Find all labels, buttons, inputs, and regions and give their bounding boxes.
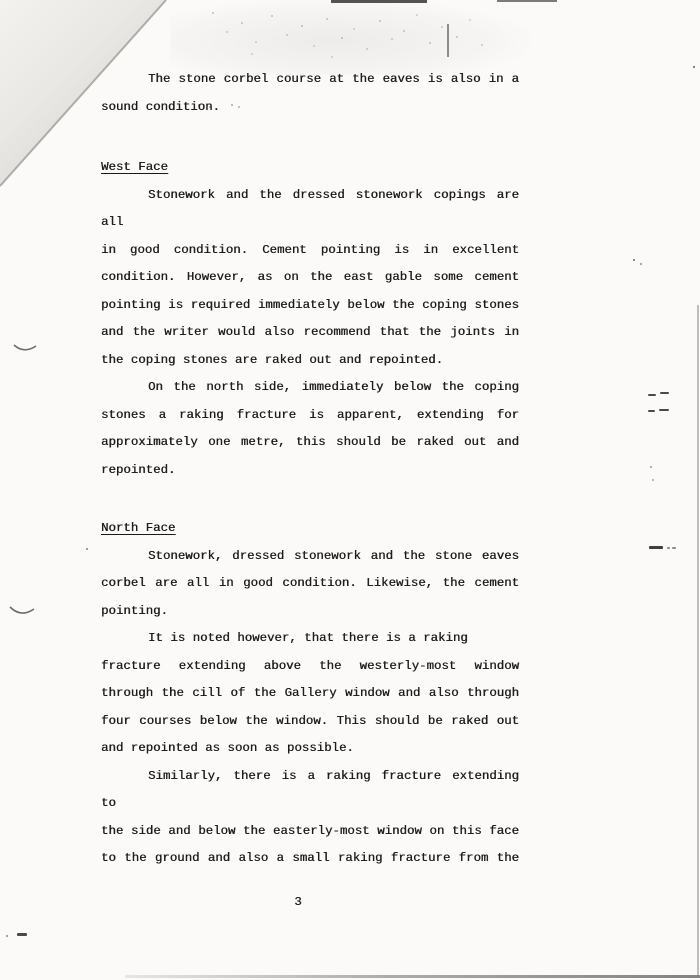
scanned-document-page: The stone corbel course at the eaves is … xyxy=(0,0,700,980)
scan-edge-line-top-light xyxy=(497,0,557,2)
photocopy-speckle-noise xyxy=(0,0,2,2)
pen-dash-mark-right-2b xyxy=(659,409,669,411)
text-line: in good condition. Cement pointing is in… xyxy=(101,237,519,265)
pen-dash-mark-right-1b xyxy=(660,392,669,394)
scan-edge-line-top-dark xyxy=(331,0,427,3)
text-line: and repointed as soon as possible. xyxy=(101,735,519,763)
pen-dash-mark-right-1a xyxy=(648,394,656,396)
text-line: sound condition. xyxy=(101,94,519,122)
text-line: the coping stones are raked out and repo… xyxy=(101,347,519,375)
text-line: It is noted however, that there is a rak… xyxy=(101,625,519,653)
text-line: condition. However, as on the east gable… xyxy=(101,264,519,292)
text-line: Stonework, dressed stonework and the sto… xyxy=(101,543,519,571)
document-text-column: The stone corbel course at the eaves is … xyxy=(101,66,519,916)
scan-edge-line-bottom xyxy=(125,975,700,978)
text-line: On the north side, immediately below the… xyxy=(101,374,519,402)
pen-dot-mark-right-3b xyxy=(672,547,676,549)
pen-tick-mark-left-2 xyxy=(8,604,36,625)
section-heading-west-face: West Face xyxy=(101,154,519,182)
photocopy-haze xyxy=(170,0,530,75)
text-line: and the writer would also recommend that… xyxy=(101,319,519,347)
text-line: stones a raking fracture is apparent, ex… xyxy=(101,402,519,430)
pen-dash-mark-bottom-left xyxy=(17,933,27,936)
text-line: four courses below the window. This shou… xyxy=(101,708,519,736)
page-number: 3 xyxy=(77,889,519,917)
text-line: corbel are all in good condition. Likewi… xyxy=(101,570,519,598)
pen-tick-mark-left-1 xyxy=(12,342,38,361)
text-line: pointing. xyxy=(101,598,519,626)
text-line: The stone corbel course at the eaves is … xyxy=(101,66,519,94)
text-line: Stonework and the dressed stonework copi… xyxy=(101,182,519,237)
text-line: fracture extending above the westerly-mo… xyxy=(101,653,519,681)
text-line: approximately one metre, this should be … xyxy=(101,429,519,457)
pen-dot-mark-right-3a xyxy=(667,547,670,549)
pen-dash-mark-right-2a xyxy=(648,410,655,412)
text-line: Similarly, there is a raking fracture ex… xyxy=(101,763,519,818)
text-line: repointed. xyxy=(101,457,519,485)
scan-vertical-scratch xyxy=(447,24,449,57)
scan-edge-line-right xyxy=(697,305,699,975)
text-line: the side and below the easterly-most win… xyxy=(101,818,519,846)
text-line: to the ground and also a small raking fr… xyxy=(101,845,519,873)
pen-dash-mark-right-3 xyxy=(649,546,663,549)
text-line: through the cill of the Gallery window a… xyxy=(101,680,519,708)
text-line: pointing is required immediately below t… xyxy=(101,292,519,320)
section-heading-north-face: North Face xyxy=(101,515,519,543)
